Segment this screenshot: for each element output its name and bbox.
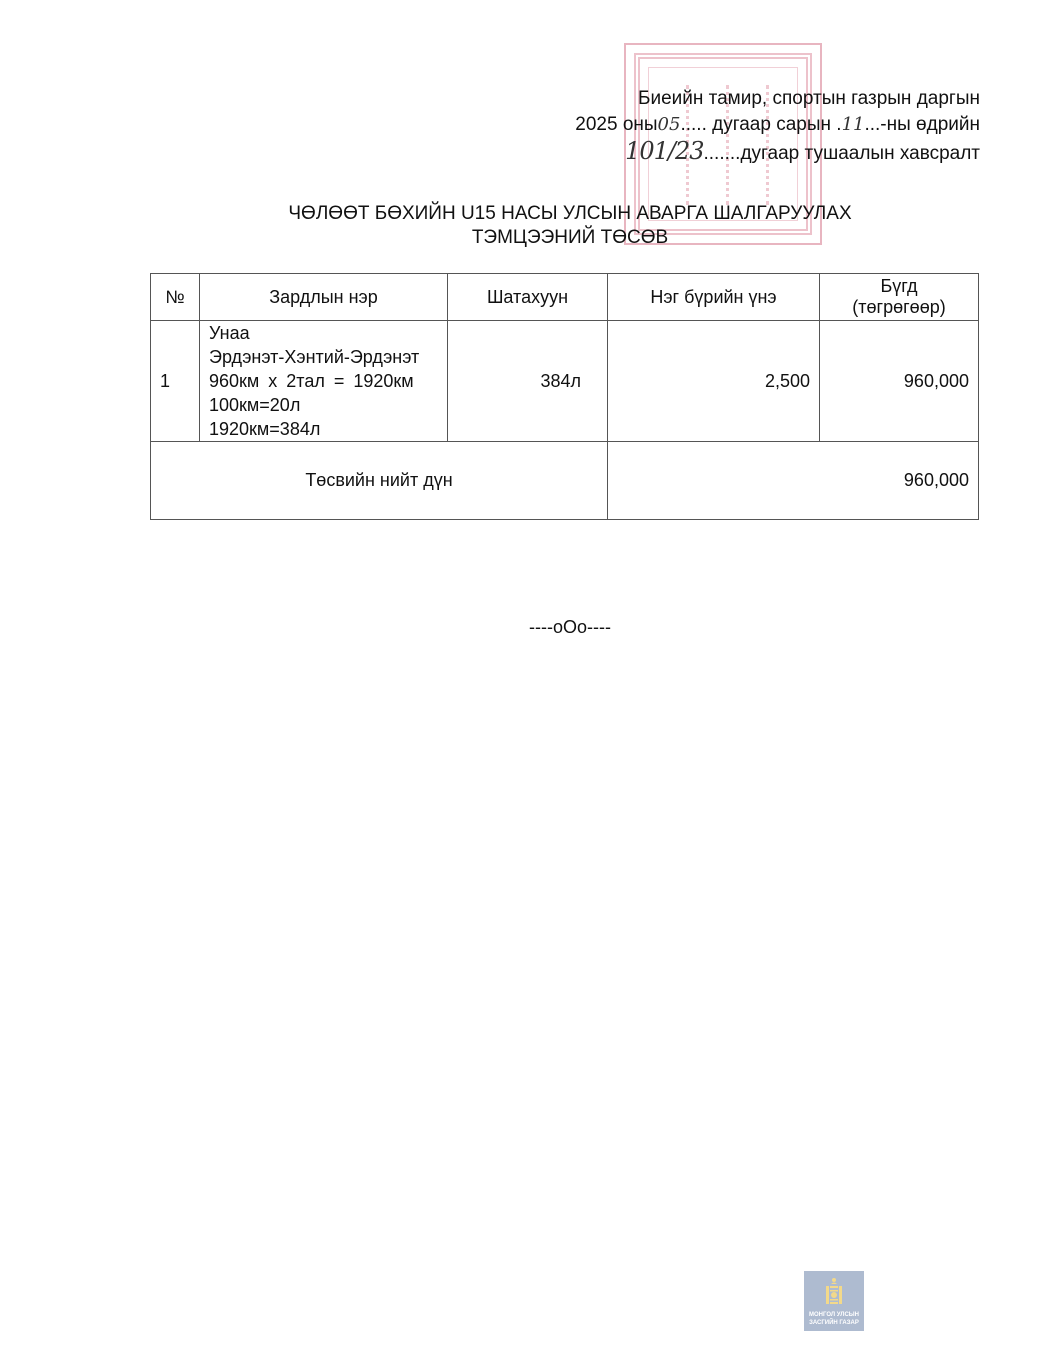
name-line: 100км=20л: [209, 393, 438, 417]
government-logo: МОНГОЛ УЛСЫН ЗАСГИЙН ГАЗАР: [804, 1271, 864, 1331]
cell-expense-name: Унаа Эрдэнэт-Хэнтий-Эрдэнэт 960км х 2тал…: [200, 321, 448, 442]
budget-table: № Зардлын нэр Шатахуун Нэг бүрийн үнэ Бү…: [150, 273, 979, 520]
name-line: Эрдэнэт-Хэнтий-Эрдэнэт: [209, 345, 438, 369]
footer-label: Төсвийн нийт дүн: [151, 442, 608, 520]
table-header-row: № Зардлын нэр Шатахуун Нэг бүрийн үнэ Бү…: [151, 274, 979, 321]
cell-unit-price: 2,500: [608, 321, 820, 442]
logo-caption: МОНГОЛ УЛСЫН ЗАСГИЙН ГАЗАР: [804, 1311, 864, 1327]
title-line-2: ТЭМЦЭЭНИЙ ТӨСӨВ: [0, 226, 1052, 250]
header-total: Бүгд (төгрөгөөр): [820, 274, 979, 321]
end-mark: ----oOo----: [0, 617, 1052, 638]
header-unit-price: Нэг бүрийн үнэ: [608, 274, 820, 321]
logo-caption-line-2: ЗАСГИЙН ГАЗАР: [804, 1319, 864, 1327]
header-line-3: 101/23.......дугаар тушаалын хавсралт: [575, 138, 980, 167]
header-total-line-1: Бүгд: [829, 276, 969, 297]
header-total-line-2: (төгрөгөөр): [829, 297, 969, 318]
appendix-header: Биеийн тамир, спортын газрын даргын 2025…: [575, 86, 980, 167]
name-line: 960км х 2тал = 1920км: [209, 369, 438, 393]
table-footer-row: Төсвийн нийт дүн 960,000: [151, 442, 979, 520]
table-row: 1 Унаа Эрдэнэт-Хэнтий-Эрдэнэт 960км х 2т…: [151, 321, 979, 442]
cell-total: 960,000: [820, 321, 979, 442]
document-title: ЧӨЛӨӨТ БӨХИЙН U15 НАСЫ УЛСЫН АВАРГА ШАЛГ…: [0, 202, 1052, 250]
name-line: Унаа: [209, 321, 438, 345]
header-order-label: дугаар тушаалын хавсралт: [740, 143, 980, 164]
footer-total: 960,000: [608, 442, 979, 520]
handwritten-order-number: 101/23: [625, 137, 703, 165]
handwritten-month: 05: [658, 114, 681, 135]
cell-fuel: 384л: [448, 321, 608, 442]
header-day-label: ...-ны өдрийн: [864, 114, 980, 135]
cell-no: 1: [151, 321, 200, 442]
dots: .....: [680, 114, 706, 135]
header-year: 2025 оны: [575, 114, 657, 135]
header-no: №: [151, 274, 200, 321]
name-line: 1920км=384л: [209, 417, 438, 441]
header-line-2: 2025 оны05..... дугаар сарын .11...-ны ө…: [575, 112, 980, 138]
handwritten-day: 11: [842, 114, 865, 135]
header-line-1: Биеийн тамир, спортын газрын даргын: [575, 86, 980, 112]
soyombo-emblem-icon: [826, 1277, 842, 1307]
title-line-1: ЧӨЛӨӨТ БӨХИЙН U15 НАСЫ УЛСЫН АВАРГА ШАЛГ…: [0, 202, 1052, 226]
logo-caption-line-1: МОНГОЛ УЛСЫН: [804, 1311, 864, 1319]
header-month-label: дугаар сарын .: [712, 114, 841, 135]
dots: .......: [704, 143, 741, 164]
header-expense-name: Зардлын нэр: [200, 274, 448, 321]
header-fuel: Шатахуун: [448, 274, 608, 321]
